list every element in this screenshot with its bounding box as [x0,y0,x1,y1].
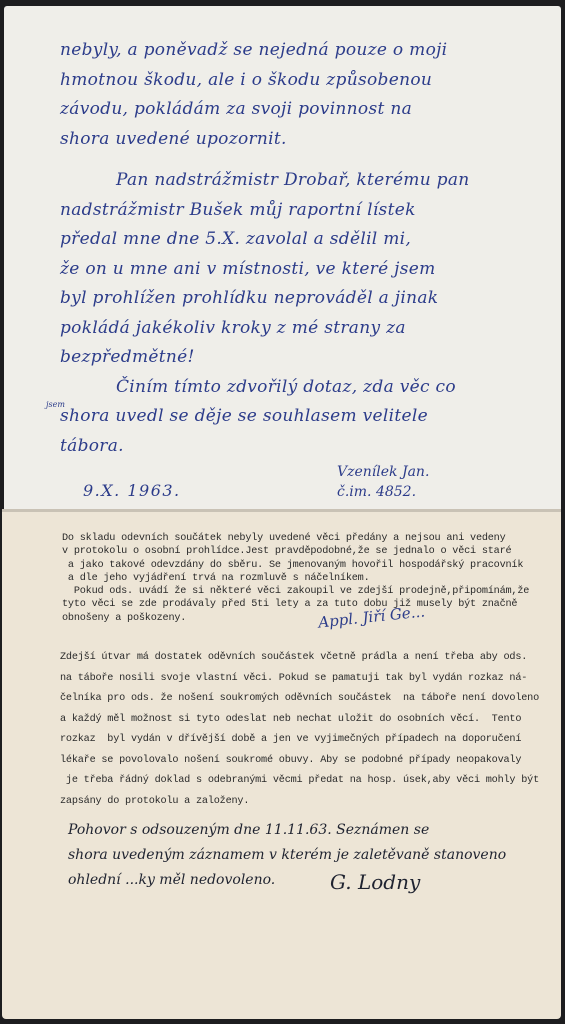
letter-line: nebyly, a poněvadž se nejedná pouze o mo… [60,36,500,66]
typed-note-1: Do skladu odevních součátek nebyly uvede… [62,532,529,625]
note-2-signature: G. Lodny [330,870,420,894]
typed-line: obnošeny a poškozeny. [62,612,529,625]
typed-line: a každý měl možnost si tyto odeslat neb … [60,710,539,731]
typed-line: Pokud ods. uvádí že si některé věci zako… [62,585,529,598]
typed-line: na táboře nosili svoje vlastní věci. Pok… [60,669,539,690]
typed-note-2: Zdejší útvar má dostatek oděvních součás… [60,648,539,812]
typed-line: v protokolu o osobní prohlídce.Jest prav… [62,545,529,558]
prisoner-number: č.im. 4852. [337,482,429,502]
letter-line: Pan nadstrážmistr Drobař, kterému pan [60,166,500,196]
letter-line: pokládá jakékoliv kroky z mé strany za [60,314,500,344]
letter-signature: Vzenílek Jan. č.im. 4852. [337,462,429,502]
letter-line: Činím tímto zdvořilý dotaz, zda věc co [60,373,500,403]
letter-date: 9.X. 1963. [83,481,181,500]
typed-line: rozkaz byl vydán v dřívější době a jen v… [60,730,539,751]
typed-line: Do skladu odevních součátek nebyly uvede… [62,532,529,545]
margin-note: jsem [46,400,65,409]
typed-line: a dle jeho vyjádření trvá na rozmluvě s … [62,572,529,585]
handwritten-letter: nebyly, a poněvadž se nejedná pouze o mo… [60,36,500,461]
note-line: Pohovor s odsouzeným dne 11.11.63. Sezná… [68,818,506,843]
letter-line: předal mne dne 5.X. zavolal a sdělil mi, [60,225,500,255]
letter-line: shora uvedl se děje se souhlasem velitel… [60,402,500,432]
typed-line: lékaře se povolovalo nošení soukromé obu… [60,751,539,772]
note-line: ohlední ...ky měl nedovoleno. [68,868,506,893]
typed-line: zapsány do protokolu a založeny. [60,792,539,813]
typed-line: čelníka pro ods. že nošení soukromých od… [60,689,539,710]
typed-line: tyto věci se zde prodávaly před 5ti lety… [62,598,529,611]
typed-line: a jako takové odevzdány do sběru. Se jme… [62,559,529,572]
letter-line: hmotnou škodu, ale i o škodu způsobenou [60,66,500,96]
letter-line: že on u mne ani v místnosti, ve které js… [60,255,500,285]
typed-line: Zdejší útvar má dostatek oděvních součás… [60,648,539,669]
letter-line: závodu, pokládám za svoji povinnost na [60,95,500,125]
letter-line: byl prohlížen prohlídku neprováděl a jin… [60,284,500,314]
letter-line: nadstrážmistr Bušek můj raportní lístek [60,196,500,226]
note-line: shora uvedeným záznamem v kterém je zale… [68,843,506,868]
typed-line: je třeba řádný doklad s odebranými věcmi… [60,771,539,792]
letter-line: bezpředmětné! [60,343,500,373]
handwritten-note-2: Pohovor s odsouzeným dne 11.11.63. Sezná… [68,818,506,893]
letter-line: tábora. [60,432,500,462]
signature-name: Vzenílek Jan. [337,462,429,482]
letter-line: shora uvedené upozornit. [60,125,500,155]
